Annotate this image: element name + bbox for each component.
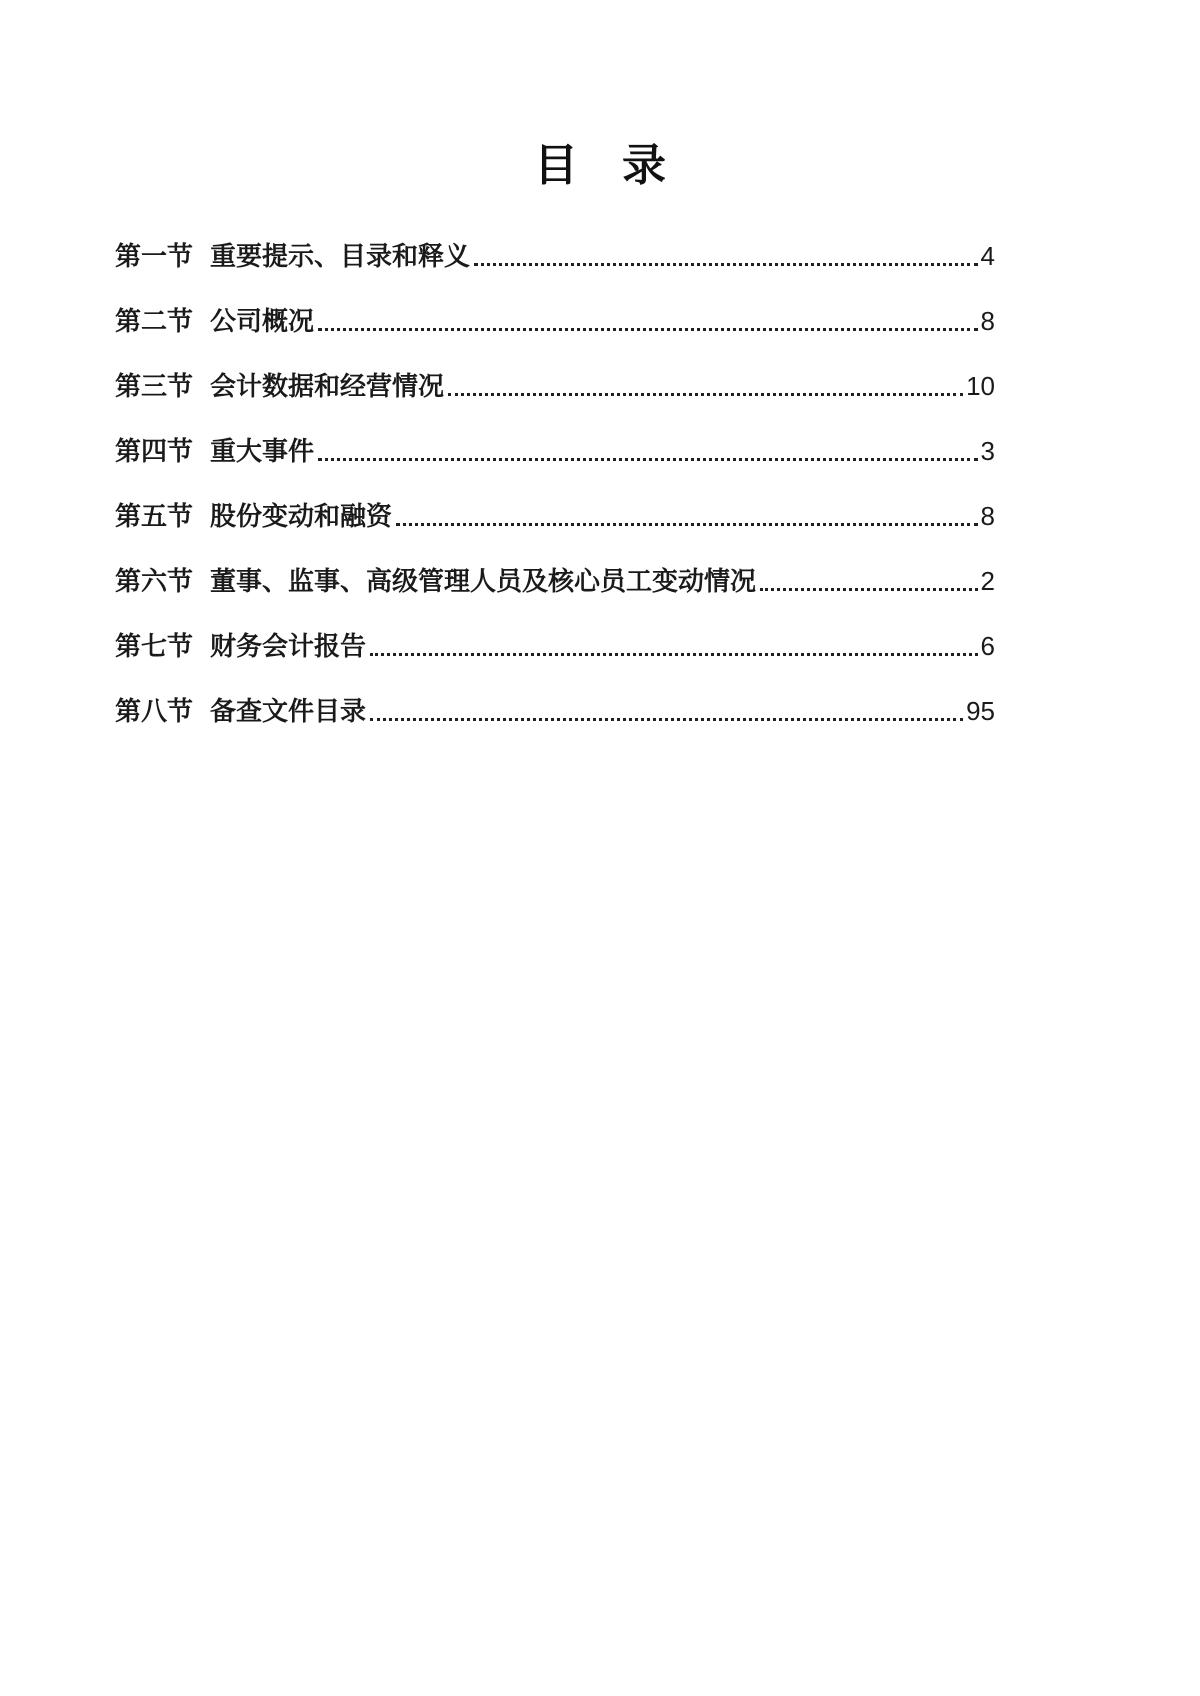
document-page: 目 录 第一节 重要提示、目录和释义 4 第二节 公司概况 8 第三节 会计数据… [0, 0, 1200, 1696]
toc-page-number: 3 [981, 434, 995, 468]
dot-leader [318, 328, 978, 331]
toc-entry: 第五节 股份变动和融资 8 [115, 499, 995, 533]
toc-page-number: 2 [981, 564, 995, 598]
toc-entry: 第一节 重要提示、目录和释义 4 [115, 239, 995, 273]
toc-entry-title: 财务会计报告 [210, 629, 366, 663]
toc-section-label: 第八节 [115, 694, 210, 728]
page-title: 目 录 [0, 0, 1200, 193]
toc-entry-title: 重大事件 [210, 434, 314, 468]
toc-entry-title: 公司概况 [210, 304, 314, 338]
toc-page-number: 8 [981, 304, 995, 338]
toc-section-label: 第三节 [115, 369, 210, 403]
toc-entry-title: 重要提示、目录和释义 [210, 239, 470, 273]
toc-entry-title: 备查文件目录 [210, 694, 366, 728]
dot-leader [474, 263, 978, 266]
toc-entry: 第七节 财务会计报告 6 [115, 629, 995, 663]
toc-section-label: 第二节 [115, 304, 210, 338]
dot-leader [396, 523, 978, 526]
toc-page-number: 4 [981, 239, 995, 273]
toc-entry-title: 股份变动和融资 [210, 499, 392, 533]
toc-entry: 第三节 会计数据和经营情况 10 [115, 369, 995, 403]
dot-leader [448, 393, 963, 396]
toc-section-label: 第七节 [115, 629, 210, 663]
toc-page-number: 95 [966, 694, 995, 728]
toc-entry: 第六节 董事、监事、高级管理人员及核心员工变动情况 2 [115, 564, 995, 598]
toc-page-number: 6 [981, 629, 995, 663]
toc-entry: 第八节 备查文件目录 95 [115, 694, 995, 728]
toc-page-number: 10 [966, 369, 995, 403]
dot-leader [370, 718, 963, 721]
toc-list: 第一节 重要提示、目录和释义 4 第二节 公司概况 8 第三节 会计数据和经营情… [115, 239, 995, 728]
toc-entry: 第二节 公司概况 8 [115, 304, 995, 338]
dot-leader [760, 588, 978, 591]
dot-leader [318, 458, 978, 461]
toc-entry: 第四节 重大事件 3 [115, 434, 995, 468]
toc-page-number: 8 [981, 499, 995, 533]
toc-section-label: 第一节 [115, 239, 210, 273]
dot-leader [370, 653, 978, 656]
toc-section-label: 第六节 [115, 564, 210, 598]
toc-entry-title: 会计数据和经营情况 [210, 369, 444, 403]
toc-section-label: 第五节 [115, 499, 210, 533]
toc-entry-title: 董事、监事、高级管理人员及核心员工变动情况 [210, 564, 756, 598]
toc-section-label: 第四节 [115, 434, 210, 468]
